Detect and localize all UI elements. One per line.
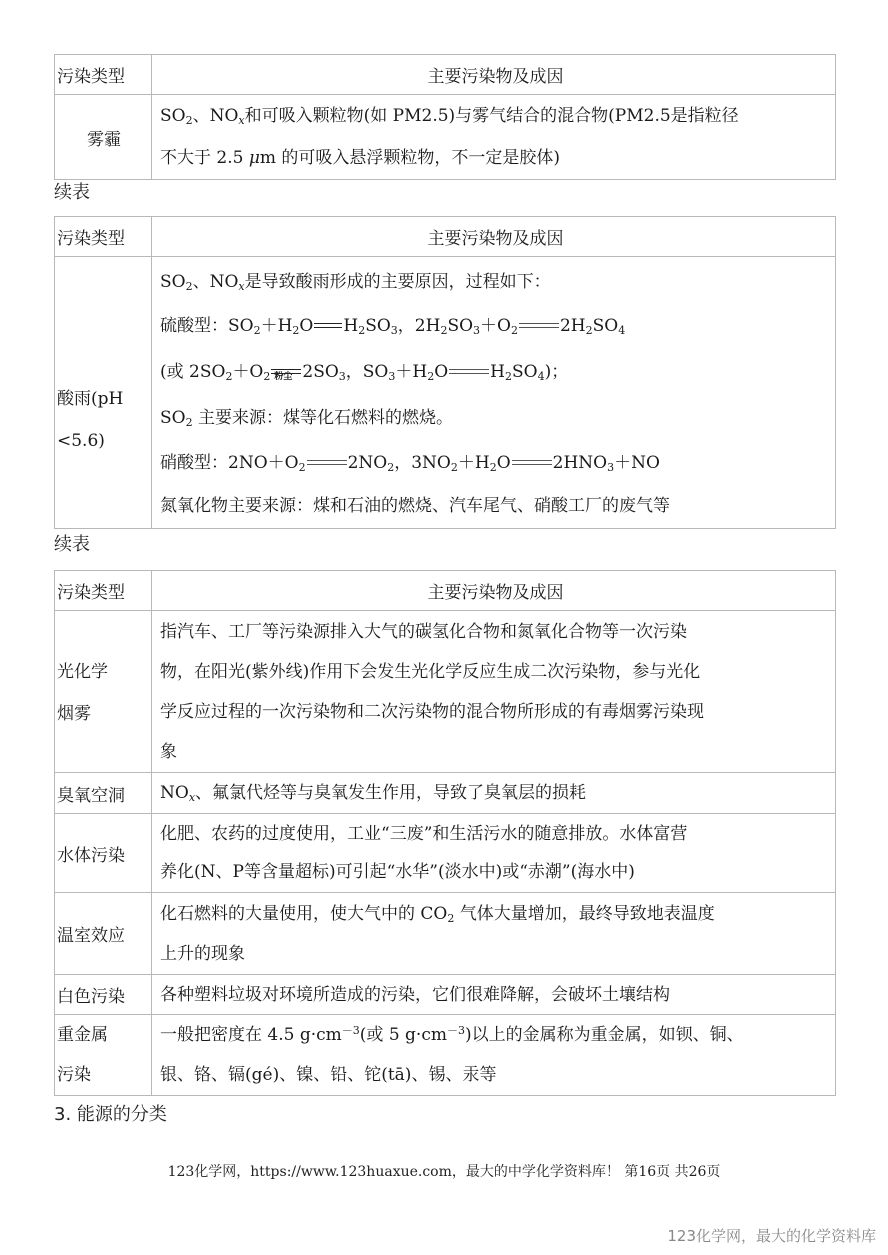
catalyst-label: 粉尘 [274,353,292,401]
header-pollutants-causes: 主要污染物及成因 [152,571,836,611]
text-line: SO2、NOx是导致酸雨形成的主要原因，过程如下： [160,260,831,304]
continued-label: 续表 [54,178,90,204]
pollution-description: 化肥、农药的过度使用，工业“三废”和生活污水的随意排放。水体富营 养化(N、P等… [152,814,836,893]
text-line: 化石燃料的大量使用，使大气中的 CO2 气体大量增加，最终导致地表温度 [160,894,831,934]
text-line: SO2、NOx和可吸入颗粒物(如 PM2.5)与雾气结合的混合物(PM2.5是指… [160,95,831,137]
equation-line: (或 2SO2＋O2粉尘2SO3，SO3＋H2OH2SO4)； [160,348,831,396]
text-line: NOx、氟氯代烃等与臭氧发生作用，导致了臭氧层的损耗 [160,774,831,812]
pollution-description: SO2、NOx和可吸入颗粒物(如 PM2.5)与雾气结合的混合物(PM2.5是指… [152,95,836,180]
page-footer: 123化学网，https://www.123huaxue.com，最大的中学化学… [0,1161,888,1181]
header-pollutants-causes: 主要污染物及成因 [152,55,836,95]
pollution-type: 水体污染 [55,814,152,893]
pollution-type: 温室效应 [55,893,152,975]
pollution-description: 一般把密度在 4.5 g·cm－3(或 5 g·cm－3)以上的金属称为重金属，… [152,1015,836,1096]
equals-sign-icon [512,459,552,467]
table-header-row: 污染类型 主要污染物及成因 [55,55,836,95]
pollution-type: 光化学 烟雾 [55,611,152,773]
text-line: 各种塑料垃圾对环境所造成的污染，它们很难降解，会破坏土壤结构 [160,976,831,1014]
pollution-type: 白色污染 [55,975,152,1015]
table-row-ozone-hole: 臭氧空洞 NOx、氟氯代烃等与臭氧发生作用，导致了臭氧层的损耗 [55,773,836,814]
text-line: 银、铬、镉(gé)、镍、铅、铊(tā)、锡、汞等 [160,1055,831,1095]
text-line: 氮氧化物主要来源：煤和石油的燃烧、汽车尾气、硝酸工厂的废气等 [160,486,831,526]
pollution-type-line: 重金属 [57,1015,151,1055]
catalyzed-reversible-arrow-icon: 粉尘 [271,367,301,377]
reversible-arrow-icon [314,321,342,331]
pollution-type-line: 光化学 [57,651,151,693]
table-row-white-pollution: 白色污染 各种塑料垃圾对环境所造成的污染，它们很难降解，会破坏土壤结构 [55,975,836,1015]
text-line: 上升的现象 [160,934,831,974]
watermark: 123化学网，最大的化学资料库 [667,1225,876,1246]
header-pollution-type: 污染类型 [55,217,152,257]
pollution-table-2: 污染类型 主要污染物及成因 酸雨(pH <5.6) SO2、NOx是导致酸雨形成… [54,216,836,529]
header-pollution-type: 污染类型 [55,571,152,611]
equation-line: 硫酸型：SO2＋H2OH2SO3，2H2SO3＋O22H2SO4 [160,304,831,348]
text-line: 指汽车、工厂等污染源排入大气的碳氢化合物和氮氧化合物等一次污染 [160,612,831,652]
table-row-photochemical-smog: 光化学 烟雾 指汽车、工厂等污染源排入大气的碳氢化合物和氮氧化合物等一次污染 物… [55,611,836,773]
pollution-type-line: 酸雨(pH [57,378,151,420]
pollution-description: SO2、NOx是导致酸雨形成的主要原因，过程如下： 硫酸型：SO2＋H2OH2S… [152,257,836,529]
pollution-description: 化石燃料的大量使用，使大气中的 CO2 气体大量增加，最终导致地表温度 上升的现… [152,893,836,975]
text-line: 学反应过程的一次污染物和二次污染物的混合物所形成的有毒烟雾污染现 [160,692,831,732]
equals-sign-icon [449,368,489,376]
text-line: 化肥、农药的过度使用，工业“三废”和生活污水的随意排放。水体富营 [160,815,831,853]
pollution-type: 臭氧空洞 [55,773,152,814]
equals-sign-icon [519,322,559,330]
text-line: 象 [160,732,831,772]
pollution-type-line: <5.6) [57,420,151,462]
table-header-row: 污染类型 主要污染物及成因 [55,217,836,257]
text-line: 养化(N、P等含量超标)可引起“水华”(淡水中)或“赤潮”(海水中) [160,853,831,891]
table-row-smog-haze: 雾霾 SO2、NOx和可吸入颗粒物(如 PM2.5)与雾气结合的混合物(PM2.… [55,95,836,180]
table-row-greenhouse-effect: 温室效应 化石燃料的大量使用，使大气中的 CO2 气体大量增加，最终导致地表温度… [55,893,836,975]
pollution-type: 重金属 污染 [55,1015,152,1096]
equals-sign-icon [307,459,347,467]
table-row-heavy-metal-pollution: 重金属 污染 一般把密度在 4.5 g·cm－3(或 5 g·cm－3)以上的金… [55,1015,836,1096]
table-row-water-pollution: 水体污染 化肥、农药的过度使用，工业“三废”和生活污水的随意排放。水体富营 养化… [55,814,836,893]
pollution-type: 酸雨(pH <5.6) [55,257,152,529]
equation-line: 硝酸型：2NO＋O22NO2，3NO2＋H2O2HNO3＋NO [160,440,831,486]
pollution-description: NOx、氟氯代烃等与臭氧发生作用，导致了臭氧层的损耗 [152,773,836,814]
text-line: SO2 主要来源：煤等化石燃料的燃烧。 [160,396,831,440]
pollution-description: 各种塑料垃圾对环境所造成的污染，它们很难降解，会破坏土壤结构 [152,975,836,1015]
text-line: 不大于 2.5 μm 的可吸入悬浮颗粒物，不一定是胶体) [160,137,831,179]
pollution-table-1: 污染类型 主要污染物及成因 雾霾 SO2、NOx和可吸入颗粒物(如 PM2.5)… [54,54,836,180]
continued-label: 续表 [54,530,90,556]
text-line: 一般把密度在 4.5 g·cm－3(或 5 g·cm－3)以上的金属称为重金属，… [160,1015,831,1055]
pollution-type-line: 污染 [57,1055,151,1095]
section-heading: 3. 能源的分类 [54,1100,167,1126]
pollution-table-3: 污染类型 主要污染物及成因 光化学 烟雾 指汽车、工厂等污染源排入大气的碳氢化合… [54,570,836,1096]
table-row-acid-rain: 酸雨(pH <5.6) SO2、NOx是导致酸雨形成的主要原因，过程如下： 硫酸… [55,257,836,529]
table-header-row: 污染类型 主要污染物及成因 [55,571,836,611]
header-pollution-type: 污染类型 [55,55,152,95]
pollution-description: 指汽车、工厂等污染源排入大气的碳氢化合物和氮氧化合物等一次污染 物，在阳光(紫外… [152,611,836,773]
text-line: 物，在阳光(紫外线)作用下会发生光化学反应生成二次污染物，参与光化 [160,652,831,692]
pollution-type-line: 烟雾 [57,693,151,735]
header-pollutants-causes: 主要污染物及成因 [152,217,836,257]
pollution-type: 雾霾 [55,95,152,180]
